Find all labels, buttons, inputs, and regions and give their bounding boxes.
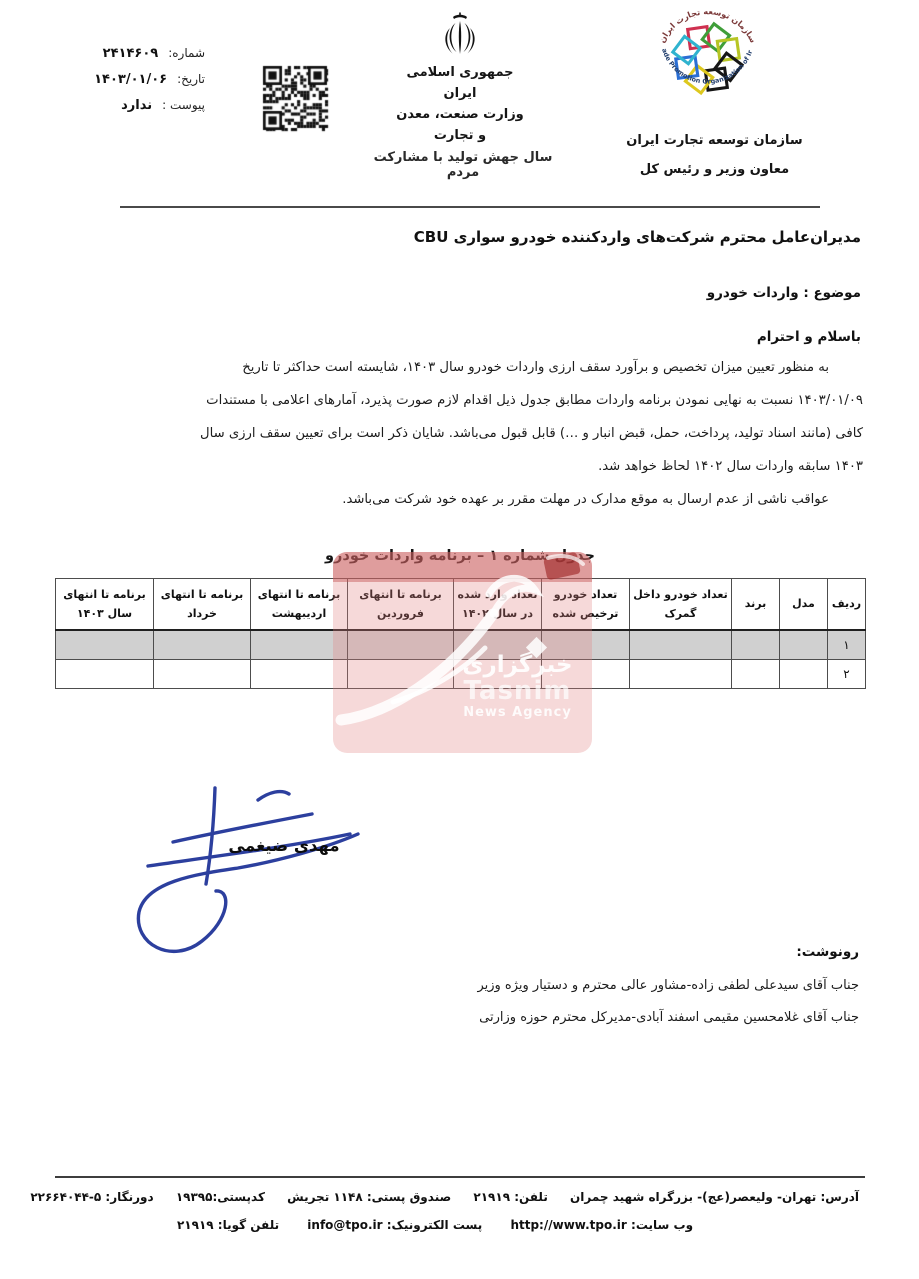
row-no-cell: ۲ [828,660,866,689]
col-plan-year-1403: برنامه تا انتهای سال ۱۴۰۳ [56,579,154,631]
body-paragraph: به منظور تعیین میزان تخصیص و برآورد سقف … [52,351,863,516]
tpo-head-title: معاون وزیر و رئیس کل [612,155,817,184]
paragraph-line: ۱۴۰۳ سابقه واردات سال ۱۴۰۲ لحاظ خواهد شد… [52,450,863,483]
footer-divider [55,1176,865,1178]
letter-number-label: شماره: [168,46,205,60]
col-brand: برند [732,579,780,631]
letter-attachment-value: ندارد [121,98,152,113]
col-plan-khordad: برنامه تا انتهای خرداد [154,579,251,631]
letter-attachment-label: پیوست : [162,98,205,112]
col-plan-farvardin: برنامه تا انتهای فروردین [348,579,454,631]
paragraph-line: ۱۴۰۳/۰۱/۰۹ نسبت به نهایی نمودن برنامه وا… [52,384,863,417]
tpo-logo-icon: سازمان توسعه تجارت ایران Trade Promotion… [649,3,767,121]
watermark-sub: News Agency [455,705,580,721]
copy-recipient: جناب آقای غلامحسین مقیمی اسفند آبادی-مدی… [477,1002,859,1034]
recipient-line: مدیران‌عامل محترم شرکت‌های واردکننده خود… [414,228,861,246]
table-row: ۱ [56,630,866,660]
copies-section: رونوشت: جناب آقای سیدعلی لطفی زاده-مشاور… [477,944,859,1034]
signer-name: مهدی ضیغمی [214,836,354,855]
year-slogan: سال جهش تولید با مشارکت مردم [363,150,563,180]
col-row-no: ردیف [828,579,866,631]
salutation-line: باسلام و احترام [757,329,861,345]
row-no-cell: ۱ [828,630,866,660]
footer-contact-line: آدرس: تهران- ولیعصر(عج)- بزرگراه شهید چم… [50,1190,868,1204]
paragraph-line: به منظور تعیین میزان تخصیص و برآورد سقف … [52,351,863,384]
ministry-block: جمهوری اسلامی ایران وزارت صنعت، معدن و ت… [393,12,527,146]
import-plan-table: ردیف مدل برند تعداد خودرو داخل گمرک تعدا… [55,578,866,689]
letter-attachment-row: پیوست :ندارد [40,98,205,113]
copies-heading: رونوشت: [477,944,859,960]
footer-email: پست الکترونیک: info@tpo.ir [307,1218,482,1232]
col-in-customs: تعداد خودرو داخل گمرک [630,579,732,631]
footer-website: وب سایت: http://www.tpo.ir [510,1218,693,1232]
table-row: ۲ [56,660,866,689]
header-divider [120,206,820,208]
footer-voice-phone: تلفن گویا: ۲۱۹۱۹ [177,1218,279,1232]
tpo-org-name: سازمان توسعه تجارت ایران [612,126,817,155]
table-title: جدول شماره ۱ – برنامه واردات خودرو [55,548,865,564]
letter-date-row: تاریخ:۱۴۰۳/۰۱/۰۶ [40,72,205,87]
qr-code [261,62,331,134]
signature-block: مهدی ضیغمی [118,772,368,972]
tpo-titles: سازمان توسعه تجارت ایران معاون وزیر و رئ… [612,126,817,184]
letter-page: شماره:۲۴۱۴۶۰۹ تاریخ:۱۴۰۳/۰۱/۰۶ پیوست :ند… [0,0,919,1279]
col-plan-ordibehesht: برنامه تا انتهای اردیبهشت [251,579,348,631]
col-model: مدل [780,579,828,631]
letter-meta: شماره:۲۴۱۴۶۰۹ تاریخ:۱۴۰۳/۰۱/۰۶ پیوست :ند… [40,46,205,113]
ministry-name: وزارت صنعت، معدن و تجارت [393,104,527,146]
col-imported-1402: تعداد وارد شده در سال ۱۴۰۲ [454,579,542,631]
paragraph-line: عواقب ناشی از عدم ارسال به موقع مدارک در… [52,483,863,516]
paragraph-line: کافی (مانند اسناد تولید، پرداخت، حمل، قب… [52,417,863,450]
letter-date-label: تاریخ: [177,72,205,86]
country-name: جمهوری اسلامی ایران [393,62,527,104]
footer-postalcode: کدپستی:۱۹۳۹۵ [176,1190,265,1204]
iran-emblem-icon [440,12,480,62]
col-cleared: تعداد خودرو ترخیص شده [542,579,630,631]
letter-date-value: ۱۴۰۳/۰۱/۰۶ [94,72,167,87]
subject-line: موضوع : واردات خودرو [707,285,861,301]
table-header-row: ردیف مدل برند تعداد خودرو داخل گمرک تعدا… [56,579,866,631]
footer-pobox: صندوق پستی: ۱۱۴۸ تجریش [287,1190,451,1204]
footer-address: آدرس: تهران- ولیعصر(عج)- بزرگراه شهید چم… [570,1190,859,1204]
footer-fax: دورنگار: ۵-۲۲۶۶۴۰۴۴ [30,1190,153,1204]
footer-phone: تلفن: ۲۱۹۱۹ [473,1190,547,1204]
copy-recipient: جناب آقای سیدعلی لطفی زاده-مشاور عالی مح… [477,970,859,1002]
handwritten-signature [118,772,368,972]
letter-number-row: شماره:۲۴۱۴۶۰۹ [40,46,205,61]
letter-number-value: ۲۴۱۴۶۰۹ [103,46,159,61]
footer-web-line: وب سایت: http://www.tpo.ir پست الکترونیک… [55,1218,815,1232]
